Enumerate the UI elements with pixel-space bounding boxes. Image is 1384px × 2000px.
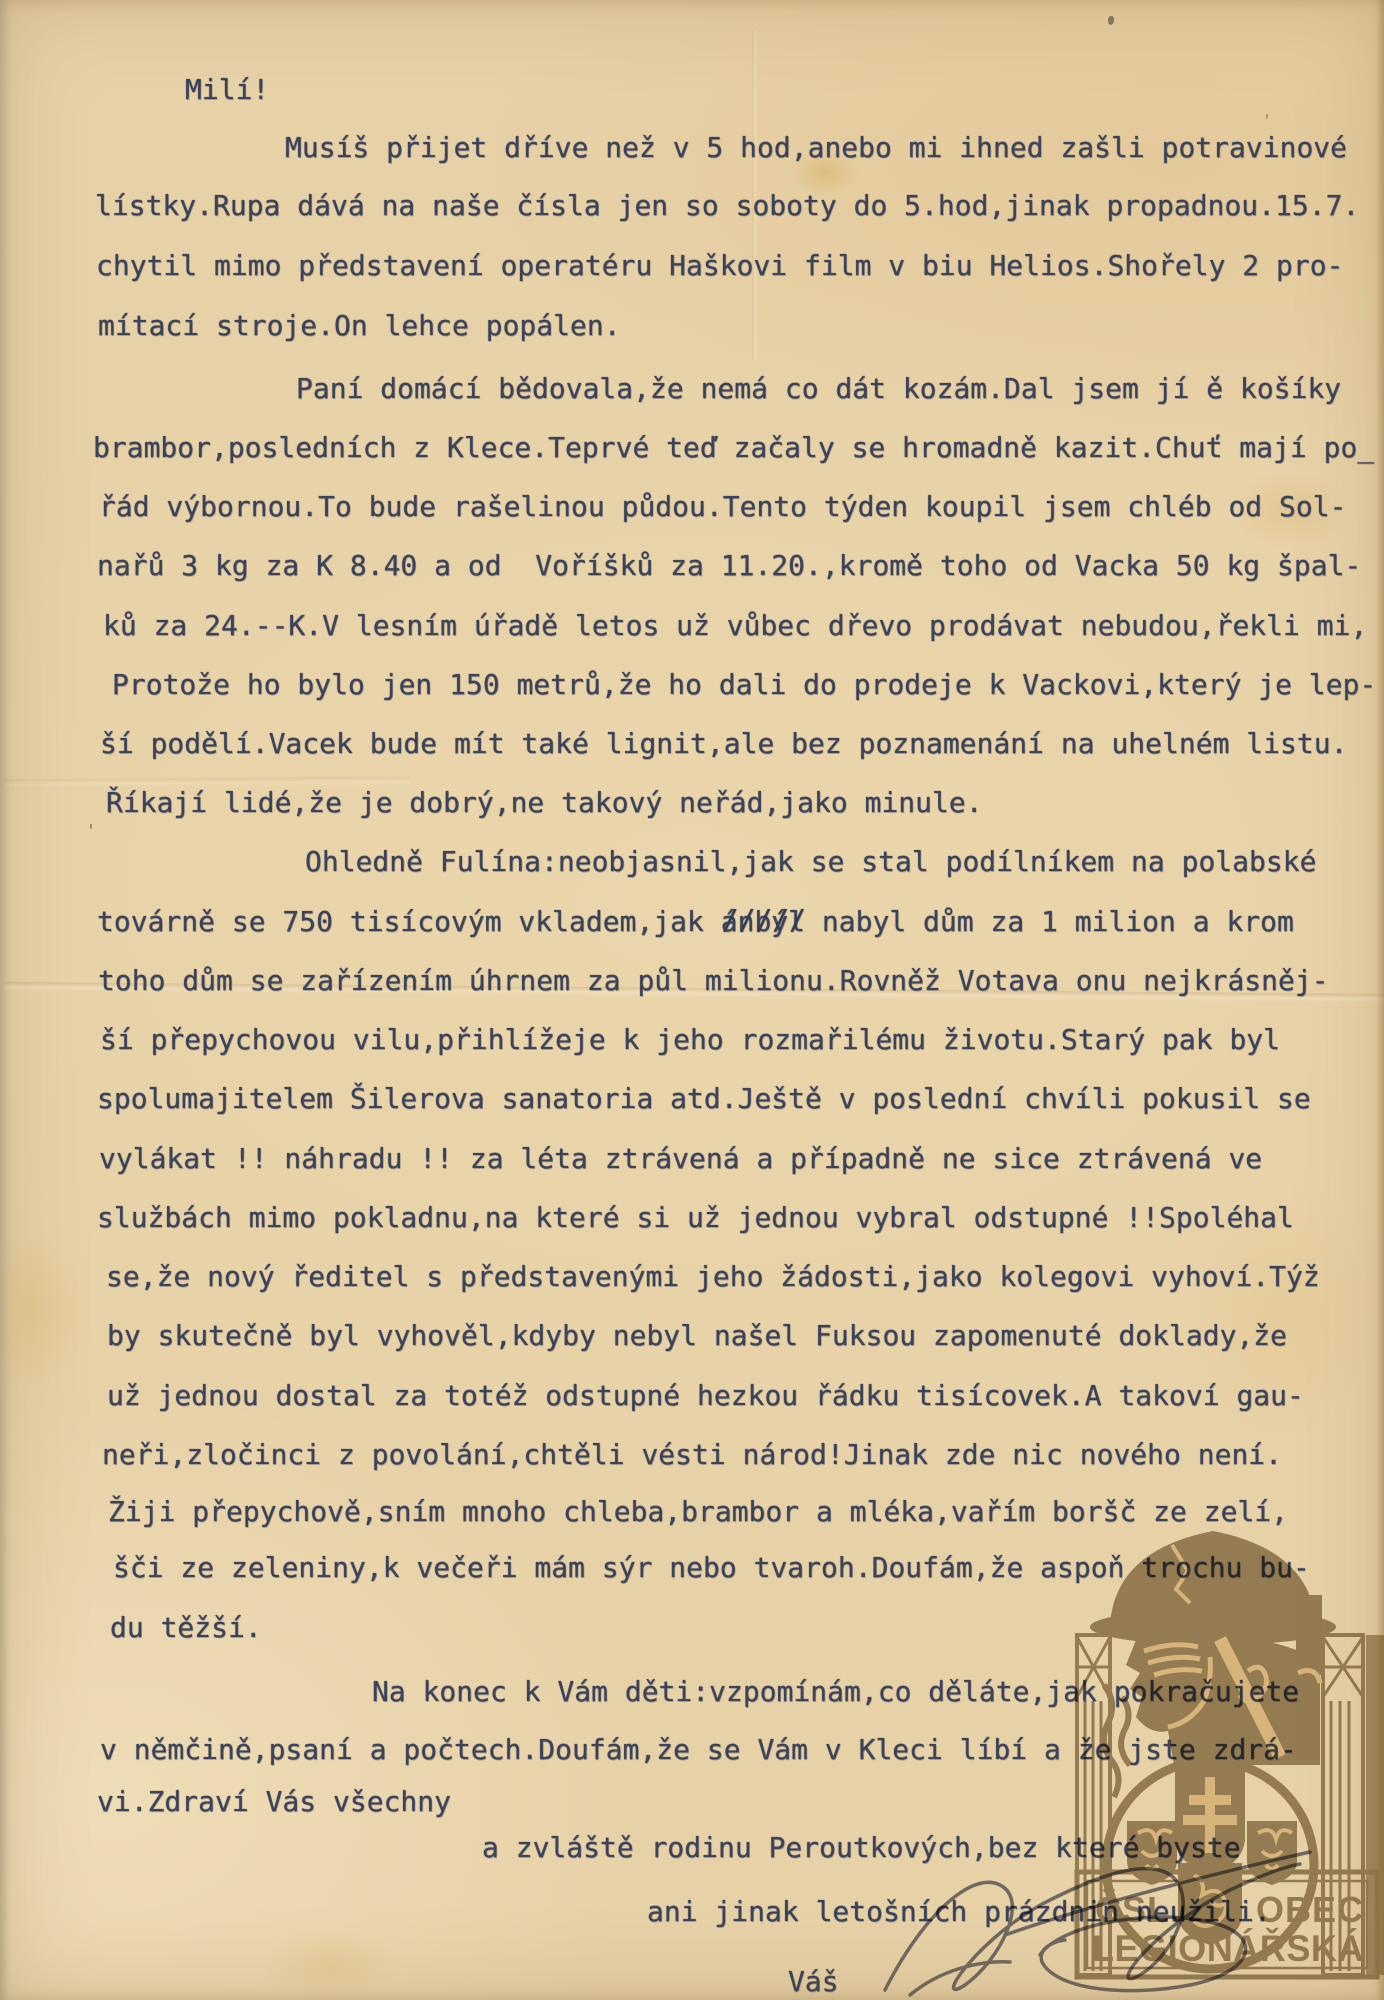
line-text: ků za 24.--K.V lesním úřadě letos už vůb… [103, 609, 1367, 642]
typewritten-line: chytil mimo představení operatéru Haškov… [96, 250, 1343, 282]
typewritten-line: ší přepychovou vilu,přihlížeje k jeho ro… [100, 1024, 1280, 1056]
typewritten-line: toho dům se zařízením úhrnem za půl mili… [98, 965, 1329, 997]
typewritten-line: službách mimo pokladnu,na které si už je… [97, 1202, 1294, 1234]
signature [850, 1820, 1384, 2000]
typewritten-line: ků za 24.--K.V lesním úřadě letos už vůb… [103, 610, 1367, 642]
typewritten-line: mítací stroje.On lehce popálen. [98, 310, 621, 342]
line-text: brambor,posledních z Klece.Teprvé teď za… [93, 431, 1374, 464]
line-text: by skutečně byl vyhověl,kdyby nebyl naše… [107, 1319, 1287, 1352]
typewritten-line: Paní domácí bědovala,že nemá co dát kozá… [296, 373, 1341, 405]
typewritten-line: Protože ho bylo jen 150 metrů,že ho dali… [112, 669, 1376, 701]
line-text: nařů 3 kg za K 8.40 a od Voříšků za 11.2… [97, 549, 1361, 582]
typewritten-line: Musíš přijet dříve než v 5 hod,anebo mi … [285, 132, 1347, 164]
line-text: továrně se 750 tisícovým vkladem,jak [97, 905, 721, 938]
typewritten-line: lístky.Rupa dává na naše čísla jen so so… [95, 190, 1359, 222]
typewritten-line: spolumajitelem Šilerova sanatoria atd.Je… [97, 1083, 1311, 1115]
paper-stain [260, 1930, 400, 2000]
typewritten-line: se,že nový ředitel s představenými jeho … [106, 1261, 1320, 1293]
flame-ornament [1104, 1685, 1130, 1797]
line-text: Říkají lidé,že je dobrý,ne takový neřád,… [106, 786, 983, 819]
typewritten-line: by skutečně byl vyhověl,kdyby nebyl naše… [107, 1320, 1287, 1352]
line-text: Ohledně Fulína:neobjasnil,jak se stal po… [305, 845, 1316, 878]
line-text: službách mimo pokladnu,na které si už je… [97, 1201, 1294, 1234]
line-text: toho dům se zařízením úhrnem za půl mili… [98, 964, 1329, 997]
typewritten-line: vi.Zdraví Vás všechny [97, 1786, 451, 1818]
line-text: ší podělí.Vacek bude mít také lignit,ale… [100, 727, 1347, 760]
typewritten-line: řád výbornou.To bude rašelinou půdou.Ten… [99, 491, 1346, 523]
line-text: ší přepychovou vilu,přihlížeje k jeho ro… [100, 1023, 1280, 1056]
typewritten-line: du těžší. [110, 1612, 262, 1644]
line-text: řád výbornou.To bude rašelinou půdou.Ten… [99, 490, 1346, 523]
typewritten-line: brambor,posledních z Klece.Teprvé teď za… [93, 432, 1374, 464]
ink-speck [1108, 16, 1114, 25]
line-text: chytil mimo představení operatéru Haškov… [96, 249, 1343, 282]
line-text: vi.Zdraví Vás všechny [97, 1785, 451, 1818]
line-text: Musíš přijet dříve než v 5 hod,anebo mi … [285, 131, 1347, 164]
typewritten-line: vylákat !! náhradu !! za léta ztrávená a… [99, 1143, 1262, 1175]
line-text: Milí! [185, 73, 269, 106]
page-edge-shadow [1376, 0, 1384, 2000]
typewritten-line: Říkají lidé,že je dobrý,ne takový neřád,… [106, 787, 983, 819]
paper-stain [0, 1230, 90, 1390]
typewritten-line: ší podělí.Vacek bude mít také lignit,ale… [100, 728, 1347, 760]
line-text: lístky.Rupa dává na naše čísla jen so so… [95, 189, 1359, 222]
line-text: Protože ho bylo jen 150 metrů,že ho dali… [112, 668, 1376, 701]
line-text: du těžší. [110, 1611, 262, 1644]
typewritten-line: Ohledně Fulína:neobjasnil,jak se stal po… [305, 846, 1316, 878]
line-text: se,že nový ředitel s představenými jeho … [106, 1260, 1320, 1293]
line-text: spolumajitelem Šilerova sanatoria atd.Je… [97, 1082, 1311, 1115]
typewritten-line: Váš [788, 1966, 839, 1998]
line-text: Paní domácí bědovala,že nemá co dát kozá… [296, 372, 1341, 405]
typewritten-line: továrně se 750 tisícovým vkladem,jak ánb… [97, 906, 1294, 938]
line-text: mítací stroje.On lehce popálen. [98, 309, 621, 342]
scan-edge [0, 0, 10, 2000]
line-text: vylákat !! náhradu !! za léta ztrávená a… [99, 1142, 1262, 1175]
salutation-line: Milí! [185, 74, 269, 106]
line-text: nabyl dům za 1 milion a krom [805, 905, 1294, 938]
letter-page: Milí!Musíš přijet dříve než v 5 hod,aneb… [0, 0, 1384, 2000]
typewritten-line: už jednou dostal za totéž odstupné hezko… [107, 1380, 1304, 1412]
overstrike-slashes: ///// [722, 904, 806, 936]
line-text: už jednou dostal za totéž odstupné hezko… [107, 1379, 1304, 1412]
typewritten-line: nařů 3 kg za K 8.40 a od Voříšků za 11.2… [97, 550, 1361, 582]
strikethrough-word: ánbýl///// [721, 906, 805, 938]
line-text: Váš [788, 1965, 839, 1998]
